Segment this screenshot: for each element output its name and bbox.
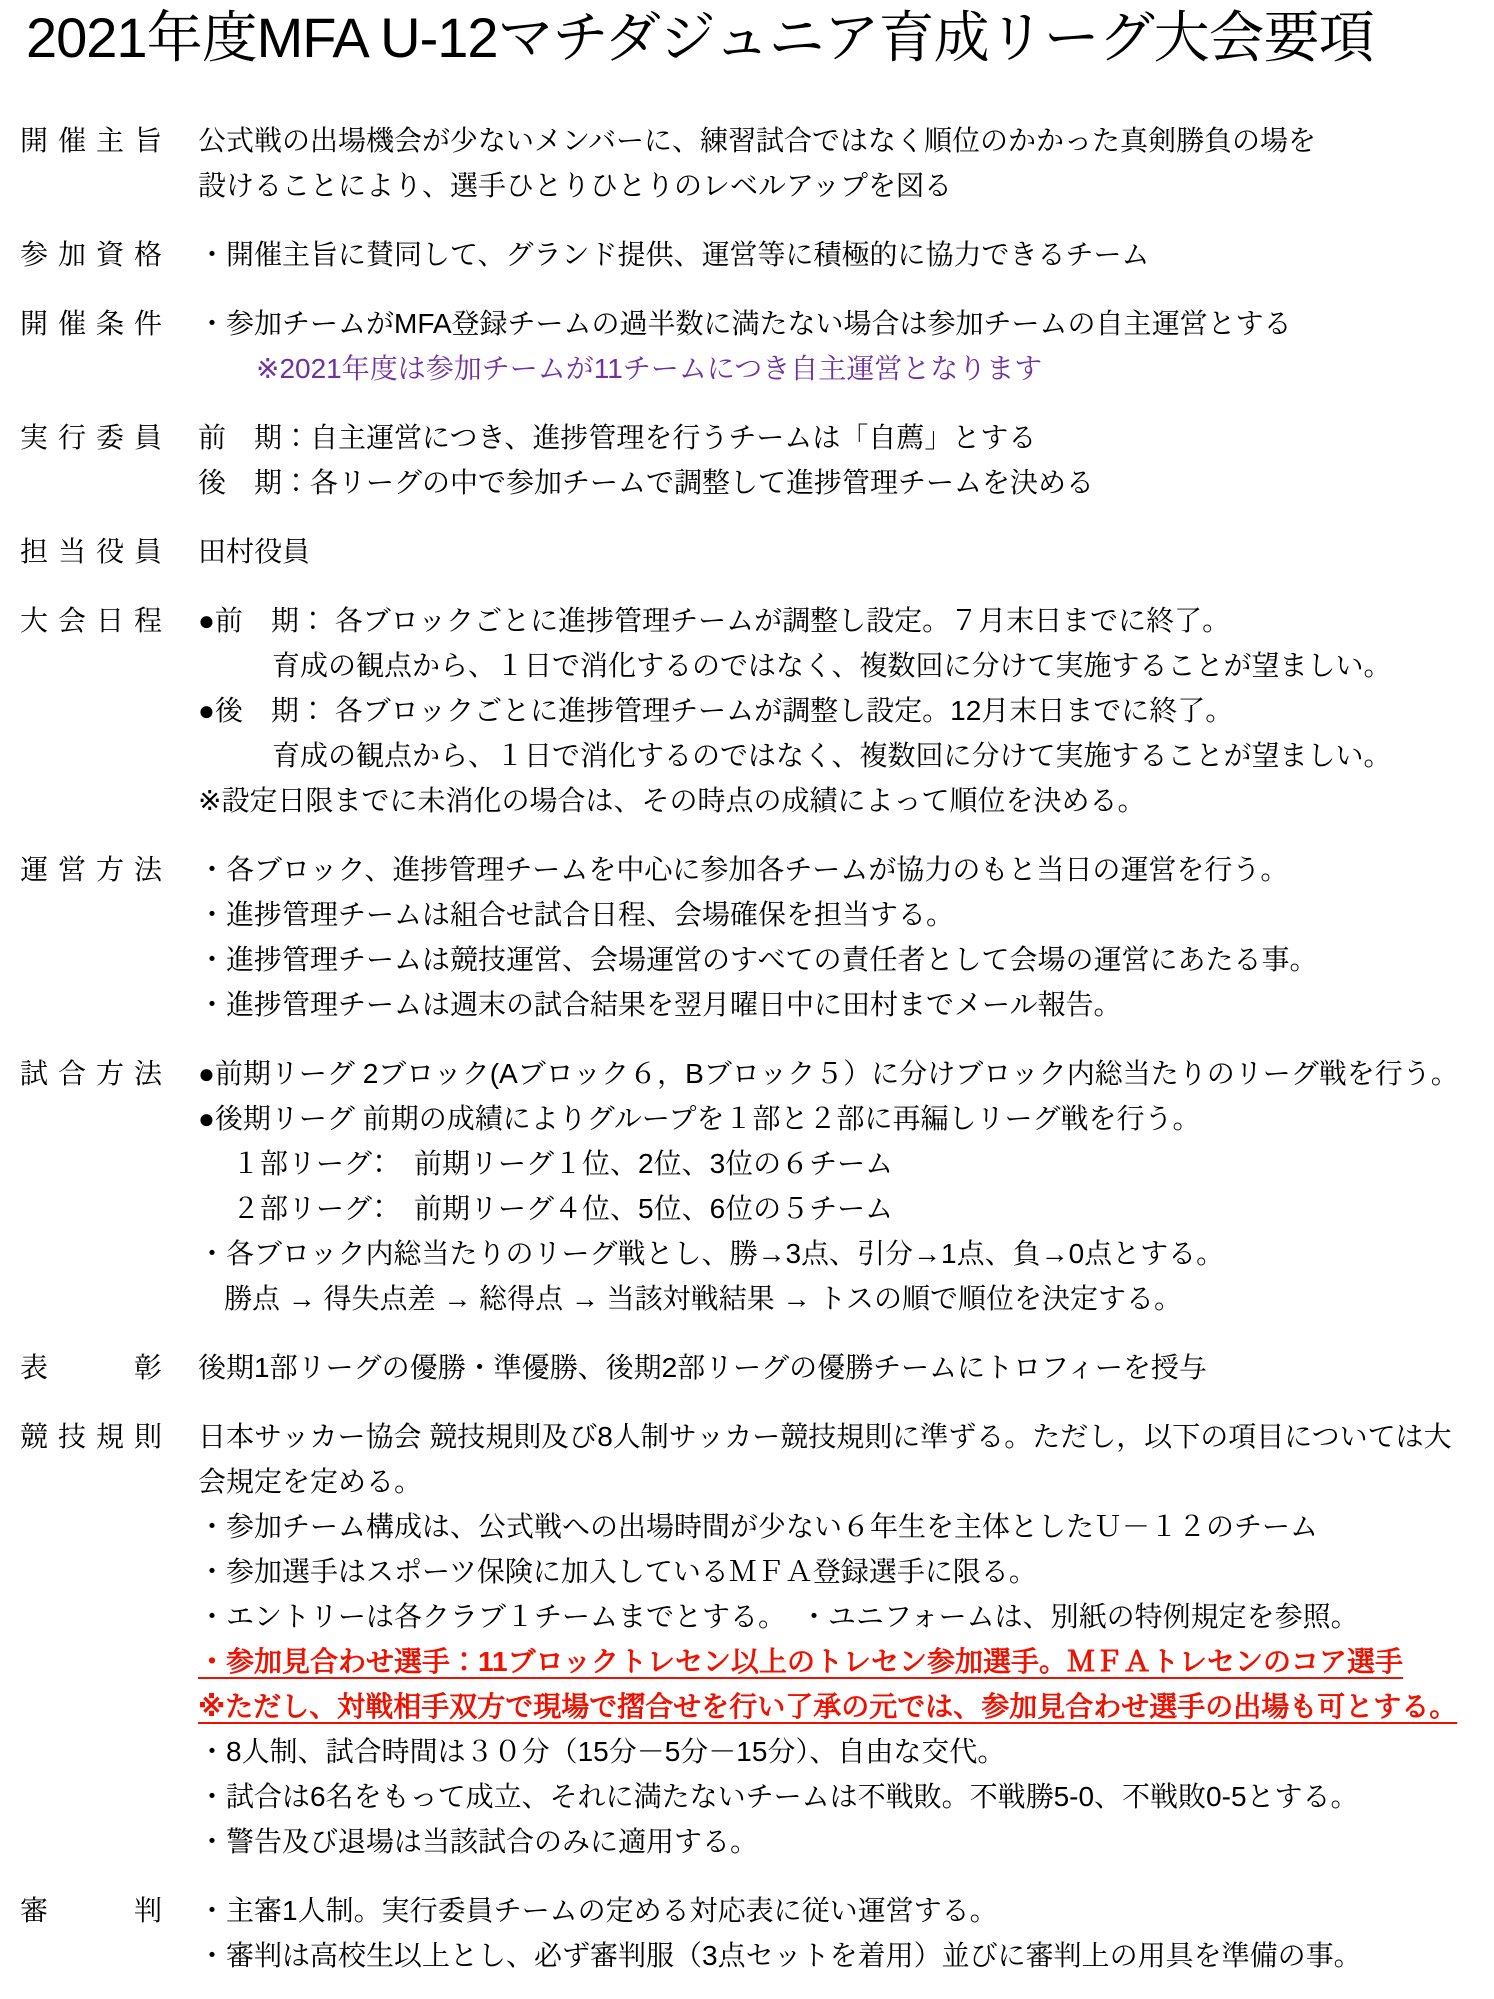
section-content: 後期1部リーグの優勝・準優勝、後期2部リーグの優勝チームにトロフィーを授与 bbox=[198, 1345, 1486, 1390]
document-page: 2021年度MFA U-12マチダジュニア育成リーグ大会要項 開催主旨 公式戦の… bbox=[0, 0, 1494, 1999]
text-line: ・進捗管理チームは週末の試合結果を翌月曜日中に田村までメール報告。 bbox=[198, 982, 1486, 1027]
text-line: ・主審1人制。実行委員チームの定める対応表に従い運営する。 bbox=[198, 1888, 1486, 1933]
purple-note-line: ※2021年度は参加チームが11チームにつき自主運営となります bbox=[198, 346, 1486, 391]
text-line: ・試合は6名をもって成立、それに満たないチームは不戦敗。不戦勝5-0、不戦敗0-… bbox=[198, 1774, 1486, 1819]
section-label: 開催条件 bbox=[20, 301, 162, 346]
text-line: 育成の観点から、１日で消化するのではなく、複数回に分けて実施することが望ましい。 bbox=[198, 643, 1486, 688]
section-content: ・各ブロック、進捗管理チームを中心に参加各チームが協力のもと当日の運営を行う。 … bbox=[198, 847, 1486, 1027]
text-line: ・警告及び退場は当該試合のみに適用する。 bbox=[198, 1819, 1486, 1864]
section-content: ●前期リーグ 2ブロック(Aブロック６，Bブロック５）に分けブロック内総当たりの… bbox=[198, 1051, 1486, 1321]
section-content: 日本サッカー協会 競技規則及び8人制サッカー競技規則に準ずる。ただし，以下の項目… bbox=[198, 1414, 1486, 1864]
section-label: 運営方法 bbox=[20, 847, 162, 892]
section-label: 審判 bbox=[20, 1888, 162, 1933]
text-line: ・各ブロック、進捗管理チームを中心に参加各チームが協力のもと当日の運営を行う。 bbox=[198, 847, 1486, 892]
section-label: 競技規則 bbox=[20, 1414, 162, 1459]
section-content: ●前 期： 各ブロックごとに進捗管理チームが調整し設定。７月末日までに終了。 育… bbox=[198, 598, 1486, 823]
text-line: １部リーグ： 前期リーグ１位、2位、3位の６チーム bbox=[198, 1141, 1486, 1186]
section-eligibility: 参加資格 ・開催主旨に賛同して、グランド提供、運営等に積極的に協力できるチーム bbox=[20, 232, 1486, 277]
section-operation: 運営方法 ・各ブロック、進捗管理チームを中心に参加各チームが協力のもと当日の運営… bbox=[20, 847, 1486, 1027]
text-line: 勝点 → 得失点差 → 総得点 → 当該対戦結果 → トスの順で順位を決定する。 bbox=[198, 1276, 1486, 1321]
text-line: ・エントリーは各クラブ１チームまでとする。 ・ユニフォームは、別紙の特例規定を参… bbox=[198, 1594, 1486, 1639]
section-label: 試合方法 bbox=[20, 1051, 162, 1096]
section-officer: 担当役員 田村役員 bbox=[20, 529, 1486, 574]
text-line: 日本サッカー協会 競技規則及び8人制サッカー競技規則に準ずる。ただし，以下の項目… bbox=[198, 1414, 1486, 1459]
text-line: 田村役員 bbox=[198, 529, 1486, 574]
text-line: 後 期：各リーグの中で参加チームで調整して進捗管理チームを決める bbox=[198, 460, 1486, 505]
text-line: ・進捗管理チームは競技運営、会場運営のすべての責任者として会場の運営にあたる事。 bbox=[198, 937, 1486, 982]
text-line: ・開催主旨に賛同して、グランド提供、運営等に積極的に協力できるチーム bbox=[198, 232, 1486, 277]
section-content: 公式戦の出場機会が少ないメンバーに、練習試合ではなく順位のかかった真剣勝負の場を… bbox=[198, 118, 1486, 208]
section-content: ・開催主旨に賛同して、グランド提供、運営等に積極的に協力できるチーム bbox=[198, 232, 1486, 277]
section-match-format: 試合方法 ●前期リーグ 2ブロック(Aブロック６，Bブロック５）に分けブロック内… bbox=[20, 1051, 1486, 1321]
text-line: 育成の観点から、１日で消化するのではなく、複数回に分けて実施することが望ましい。 bbox=[198, 733, 1486, 778]
warning-line: ※ただし、対戦相手双方で現場で摺合せを行い了承の元では、参加見合わせ選手の出場も… bbox=[198, 1684, 1486, 1729]
section-content: 前 期：自主運営につき、進捗管理を行うチームは「自薦」とする 後 期：各リーグの… bbox=[198, 415, 1486, 505]
section-schedule: 大会日程 ●前 期： 各ブロックごとに進捗管理チームが調整し設定。７月末日までに… bbox=[20, 598, 1486, 823]
section-committee: 実行委員 前 期：自主運営につき、進捗管理を行うチームは「自薦」とする 後 期：… bbox=[20, 415, 1486, 505]
text-line: ・参加チーム構成は、公式戦への出場時間が少ない６年生を主体としたＵ－１２のチーム bbox=[198, 1504, 1486, 1549]
section-content: ・主審1人制。実行委員チームの定める対応表に従い運営する。 ・審判は高校生以上と… bbox=[198, 1888, 1486, 1978]
section-label: 大会日程 bbox=[20, 598, 162, 643]
warning-line: ・参加見合わせ選手：11ブロックトレセン以上のトレセン参加選手。ＭＦＡトレセンの… bbox=[198, 1639, 1486, 1684]
text-line: 設けることにより、選手ひとりひとりのレベルアップを図る bbox=[198, 163, 1486, 208]
text-line: 後期1部リーグの優勝・準優勝、後期2部リーグの優勝チームにトロフィーを授与 bbox=[198, 1345, 1486, 1390]
section-content: ・参加チームがMFA登録チームの過半数に満たない場合は参加チームの自主運営とする… bbox=[198, 301, 1486, 391]
section-referee: 審判 ・主審1人制。実行委員チームの定める対応表に従い運営する。 ・審判は高校生… bbox=[20, 1888, 1486, 1978]
text-line: ●後 期： 各ブロックごとに進捗管理チームが調整し設定。12月末日までに終了。 bbox=[198, 688, 1486, 733]
text-line: ●前期リーグ 2ブロック(Aブロック６，Bブロック５）に分けブロック内総当たりの… bbox=[198, 1051, 1486, 1096]
section-content: 田村役員 bbox=[198, 529, 1486, 574]
section-label: 開催主旨 bbox=[20, 118, 162, 163]
section-conditions: 開催条件 ・参加チームがMFA登録チームの過半数に満たない場合は参加チームの自主… bbox=[20, 301, 1486, 391]
section-purpose: 開催主旨 公式戦の出場機会が少ないメンバーに、練習試合ではなく順位のかかった真剣… bbox=[20, 118, 1486, 208]
section-label: 参加資格 bbox=[20, 232, 162, 277]
text-line: ・参加チームがMFA登録チームの過半数に満たない場合は参加チームの自主運営とする bbox=[198, 301, 1486, 346]
text-line: ・進捗管理チームは組合せ試合日程、会場確保を担当する。 bbox=[198, 892, 1486, 937]
text-line: ・8人制、試合時間は３０分（15分－5分－15分）、自由な交代。 bbox=[198, 1729, 1486, 1774]
section-label: 担当役員 bbox=[20, 529, 162, 574]
section-awards: 表彰 後期1部リーグの優勝・準優勝、後期2部リーグの優勝チームにトロフィーを授与 bbox=[20, 1345, 1486, 1390]
text-line: ●前 期： 各ブロックごとに進捗管理チームが調整し設定。７月末日までに終了。 bbox=[198, 598, 1486, 643]
text-line: ・審判は高校生以上とし、必ず審判服（3点セットを着用）並びに審判上の用具を準備の… bbox=[198, 1933, 1486, 1978]
text-line: 会規定を定める。 bbox=[198, 1459, 1486, 1504]
text-line: ※設定日限までに未消化の場合は、その時点の成績によって順位を決める。 bbox=[198, 778, 1486, 823]
document-title: 2021年度MFA U-12マチダジュニア育成リーグ大会要項 bbox=[26, 6, 1494, 69]
section-label: 実行委員 bbox=[20, 415, 162, 460]
text-line: ・各ブロック内総当たりのリーグ戦とし、勝→3点、引分→1点、負→0点とする。 bbox=[198, 1231, 1486, 1276]
text-line: ●後期リーグ 前期の成績によりグループを１部と２部に再編しリーグ戦を行う。 bbox=[198, 1096, 1486, 1141]
text-line: 前 期：自主運営につき、進捗管理を行うチームは「自薦」とする bbox=[198, 415, 1486, 460]
text-line: ・参加選手はスポーツ保険に加入しているＭＦＡ登録選手に限る。 bbox=[198, 1549, 1486, 1594]
section-rules: 競技規則 日本サッカー協会 競技規則及び8人制サッカー競技規則に準ずる。ただし，… bbox=[20, 1414, 1486, 1864]
text-line: 公式戦の出場機会が少ないメンバーに、練習試合ではなく順位のかかった真剣勝負の場を bbox=[198, 118, 1486, 163]
section-label: 表彰 bbox=[20, 1345, 162, 1390]
text-line: ２部リーグ： 前期リーグ４位、5位、6位の５チーム bbox=[198, 1186, 1486, 1231]
document-body: 開催主旨 公式戦の出場機会が少ないメンバーに、練習試合ではなく順位のかかった真剣… bbox=[20, 118, 1486, 1978]
